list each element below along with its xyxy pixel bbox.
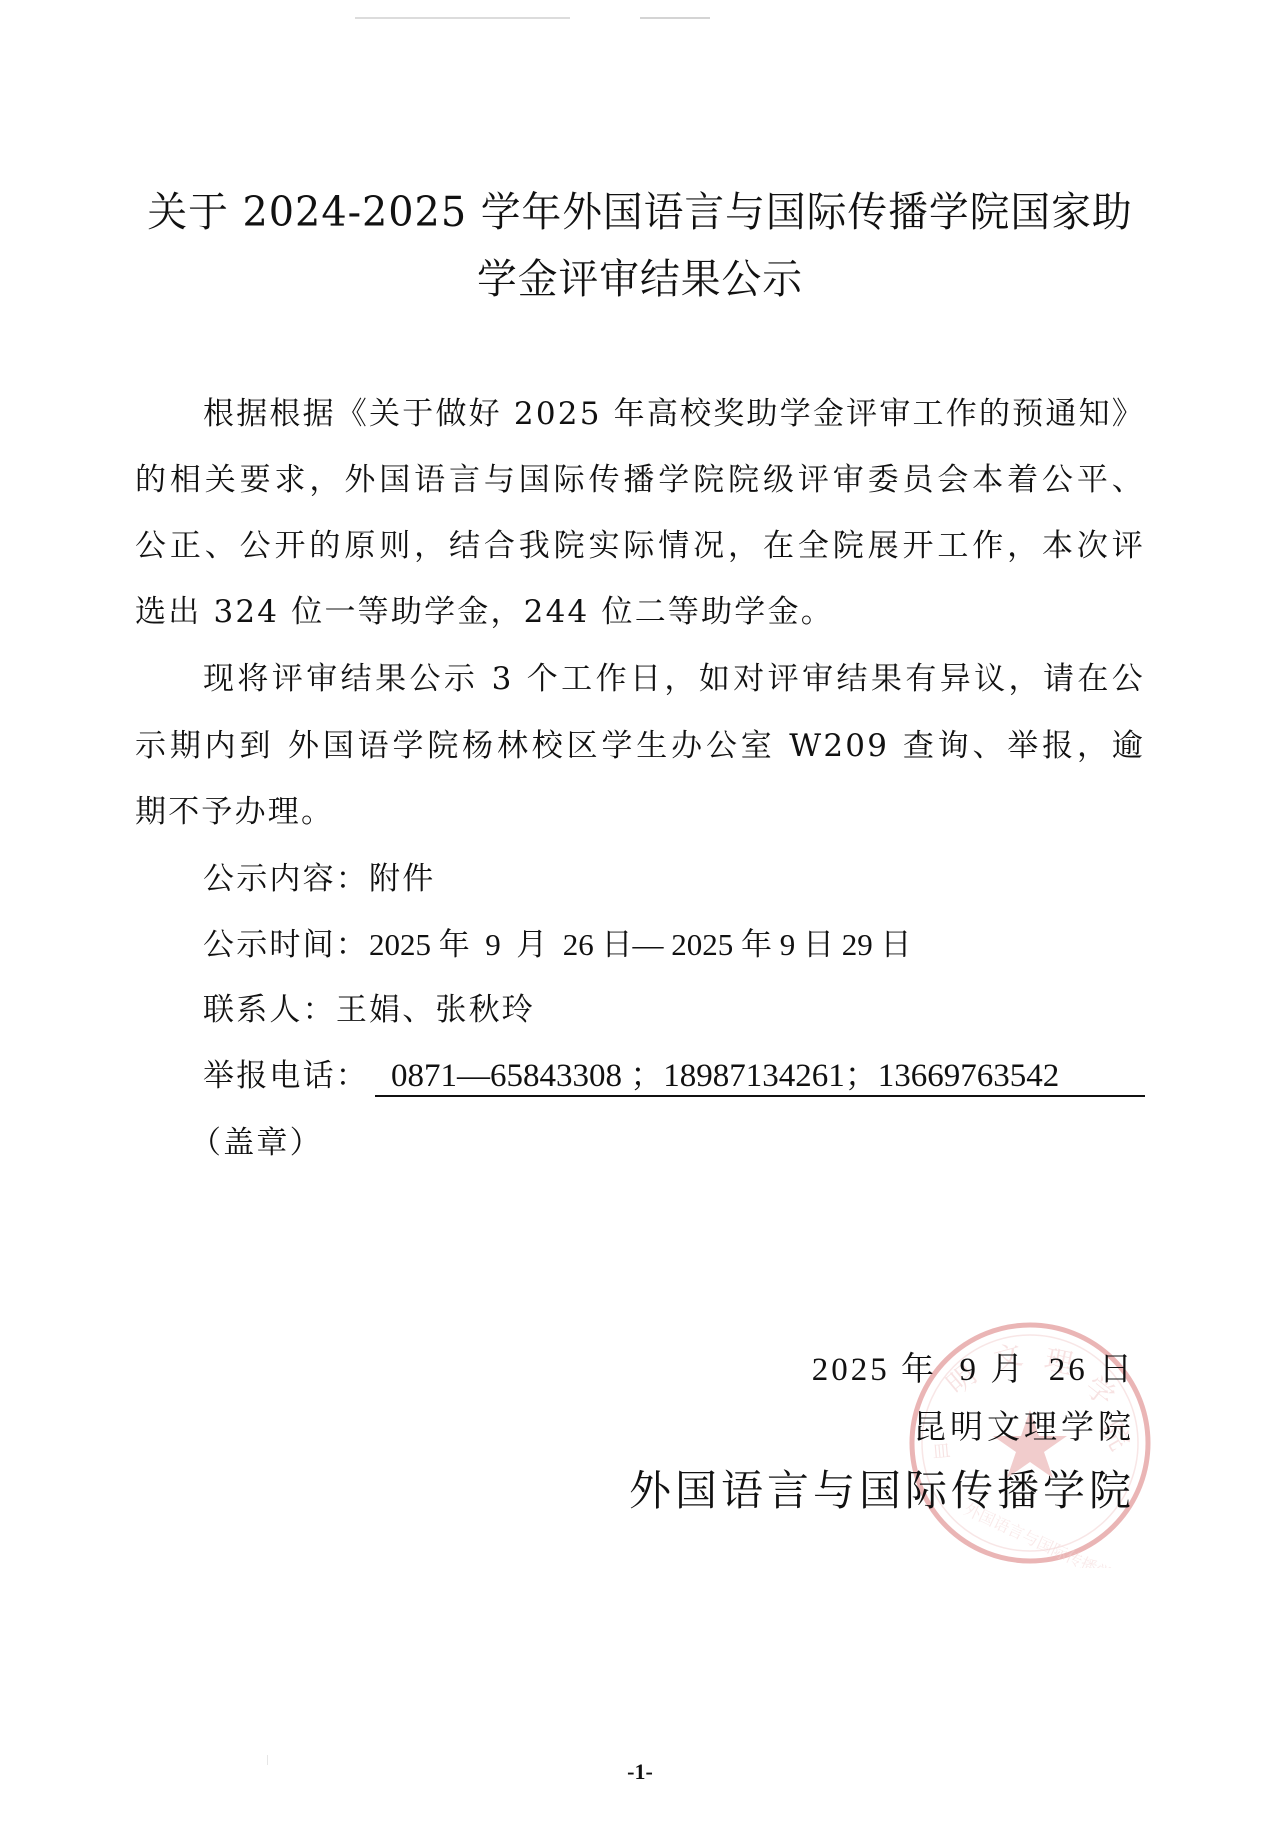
announcement-period-row: 公示时间：2025 年 9 月 26 日— 2025 年 9 日 29 日 [203, 925, 1145, 965]
paragraph-2-line-1: 现将评审结果公示 3 个工作日，如对评审结果有异议，请在公 [203, 659, 1145, 699]
paragraph-1-line-3: 公正、公开的原则，结合我院实际情况，在全院展开工作，本次评 [135, 526, 1145, 566]
signature-date: 2025 年 9 月 26 日 [812, 1348, 1135, 1392]
announcement-content-label: 公示内容： [203, 861, 369, 897]
paragraph-1-line-2: 的相关要求，外国语言与国际传播学院院级评审委员会本着公平、 [135, 460, 1145, 500]
scan-artifact-line [640, 17, 710, 19]
announcement-period-value: 2025 年 9 月 26 日— 2025 年 9 日 29 日 [369, 927, 912, 962]
report-phone-wrapper: 0871—65843308 ；18987134261；13669763542 [0, 1057, 1280, 1101]
paragraph-2-line-3: 期不予办理。 [135, 792, 1145, 832]
paragraph-1-line-1: 根据根据《关于做好 2025 年高校奖助学金评审工作的预通知》 [203, 394, 1145, 434]
contacts-label: 联系人： [203, 992, 336, 1028]
announcement-period-label: 公示时间： [203, 927, 369, 963]
announcement-content-row: 公示内容：附件 [203, 859, 1145, 899]
paragraph-2-line-2: 示期内到 外国语学院杨林校区学生办公室 W209 查询、举报，逾 [135, 726, 1145, 766]
signature-college: 外国语言与国际传播学院 [629, 1465, 1135, 1517]
document-title-line-2: 学金评审结果公示 [19, 254, 1261, 304]
announcement-content-value: 附件 [369, 861, 435, 897]
report-phone-value: 0871—65843308 ；18987134261；13669763542 [375, 1057, 1145, 1097]
document-title-line-1: 关于 2024-2025 学年外国语言与国际传播学院国家助 [19, 187, 1261, 237]
signature-school: 昆明文理学院 [913, 1405, 1135, 1449]
seal-note: （盖章） [190, 1123, 1132, 1163]
scan-artifact-line [355, 17, 570, 19]
contacts-row: 联系人：王娟、张秋玲 [203, 990, 1145, 1030]
contacts-value: 王娟、张秋玲 [336, 992, 535, 1028]
page-number: -1- [0, 1758, 1280, 1786]
paragraph-1-line-4: 选出 324 位一等助学金，244 位二等助学金。 [135, 592, 1145, 632]
